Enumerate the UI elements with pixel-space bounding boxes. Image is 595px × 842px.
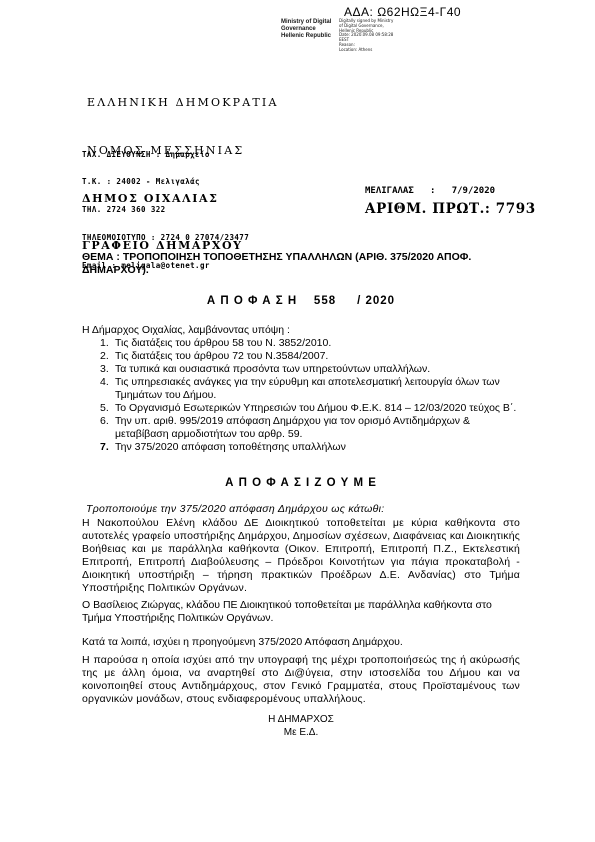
consideration-number: 6.: [100, 415, 115, 441]
consideration-item: 3. Τα τυπικά και ουσιαστικά προσόντα των…: [82, 363, 522, 376]
signature-block: Η ΔΗΜΑΡΧΟΣ Με Ε.Δ.: [82, 713, 520, 739]
paragraph-ziorgas: Ο Βασίλειος Ζιώργας, κλάδου ΠΕ Διοικητικ…: [82, 599, 520, 625]
contact-phone: ΤΗΛ. 2724 360 322: [82, 205, 249, 214]
consideration-text: Την υπ. αριθ. 995/2019 απόφαση Δημάρχου …: [115, 415, 522, 441]
consideration-item: 4. Τις υπηρεσιακές ανάγκες για την εύρυθ…: [82, 376, 522, 402]
consideration-item: 2. Τις διατάξεις του άρθρου 72 του Ν.358…: [82, 350, 522, 363]
paragraph-remainder-valid: Κατά τα λοιπά, ισχύει η προηγούμενη 375/…: [82, 636, 520, 649]
contact-postal-code: Τ.Κ. : 24002 - Μελιγαλάς: [82, 177, 249, 186]
consideration-number: 4.: [100, 376, 115, 402]
consideration-item: 1. Τις διατάξεις του άρθρου 58 του Ν. 38…: [82, 337, 522, 350]
decide-heading: Α Π Ο Φ Α Σ Ι Ζ Ο Υ Μ Ε: [82, 477, 520, 489]
stamp-detail-line: Location: Athens: [339, 48, 401, 53]
consideration-text: Το Οργανισμό Εσωτερικών Υπηρεσιών του Δή…: [115, 402, 522, 415]
letterhead-republic: ΕΛΛΗΝΙΚΗ ΔΗΜΟΚΡΑΤΙΑ: [82, 95, 279, 111]
consideration-text: Τα τυπικά και ουσιαστικά προσόντα των υπ…: [115, 363, 522, 376]
consideration-text: Την 375/2020 απόφαση τοποθέτησης υπαλλήλ…: [115, 441, 522, 454]
consideration-item: 7. Την 375/2020 απόφαση τοποθέτησης υπαλ…: [82, 441, 522, 454]
subject-line: ΘΕΜΑ : ΤΡΟΠΟΠΟΙΗΣΗ ΤΟΠΟΘΕΤΗΣΗΣ ΥΠΑΛΛΗΛΩΝ…: [82, 251, 522, 277]
place-and-date: ΜΕΛΙΓΑΛΑΣ : 7/9/2020: [365, 186, 495, 196]
contact-fax: ΤΗΛΕΟΜΟΙΟΤΥΠΟ : 2724 0 27074/23477: [82, 233, 249, 242]
preamble: Η Δήμαρχος Οιχαλίας, λαμβάνοντας υπόψη :: [82, 324, 290, 336]
stamp-authority: Ministry of Digital Governance Hellenic …: [281, 19, 335, 53]
stamp-authority-line: Hellenic Republic: [281, 33, 335, 40]
consideration-number: 5.: [100, 402, 115, 415]
paragraph-validity-notification: Η παρούσα η οποία ισχύει από την υπογραφ…: [82, 654, 520, 706]
decision-number-heading: Α Π Ο Φ Α Σ Η 558 / 2020: [82, 295, 520, 307]
consideration-text: Τις υπηρεσιακές ανάγκες για την εύρυθμη …: [115, 376, 522, 402]
contact-address: ΤΑΧ. ΔΙΕΥΘΥΝΣΗ : Δημαρχείο: [82, 150, 249, 159]
document-page: ΑΔΑ: Ω62ΗΩΞ4-Γ40 Ministry of Digital Gov…: [0, 0, 595, 842]
consideration-item: 6. Την υπ. αριθ. 995/2019 απόφαση Δημάρχ…: [82, 415, 522, 441]
signature-title: Η ΔΗΜΑΡΧΟΣ: [82, 713, 520, 726]
paragraph-nakopoulou: Η Νακοπούλου Ελένη κλάδου ΔΕ Διοικητικού…: [82, 517, 520, 595]
consideration-number: 7.: [100, 441, 115, 454]
consideration-text: Τις διατάξεις του άρθρου 58 του Ν. 3852/…: [115, 337, 522, 350]
digital-signature-stamp: Ministry of Digital Governance Hellenic …: [281, 19, 401, 53]
consideration-text: Τις διατάξεις του άρθρου 72 του Ν.3584/2…: [115, 350, 522, 363]
consideration-number: 2.: [100, 350, 115, 363]
amendment-intro: Τροποποιούμε την 375/2020 απόφαση Δημάρχ…: [86, 503, 520, 515]
considerations-list: 1. Τις διατάξεις του άρθρου 58 του Ν. 38…: [82, 337, 522, 454]
consideration-item: 5. Το Οργανισμό Εσωτερικών Υπηρεσιών του…: [82, 402, 522, 415]
consideration-number: 1.: [100, 337, 115, 350]
stamp-signature-details: Digitally signed by Ministry of Digital …: [339, 19, 401, 53]
protocol-number: ΑΡΙΘΜ. ΠΡΩΤ.: 7793: [365, 201, 536, 217]
stamp-authority-line: Governance: [281, 26, 335, 33]
consideration-number: 3.: [100, 363, 115, 376]
ada-code: ΑΔΑ: Ω62ΗΩΞ4-Γ40: [344, 5, 461, 19]
signature-delegation: Με Ε.Δ.: [82, 726, 520, 739]
stamp-authority-line: Ministry of Digital: [281, 19, 335, 26]
